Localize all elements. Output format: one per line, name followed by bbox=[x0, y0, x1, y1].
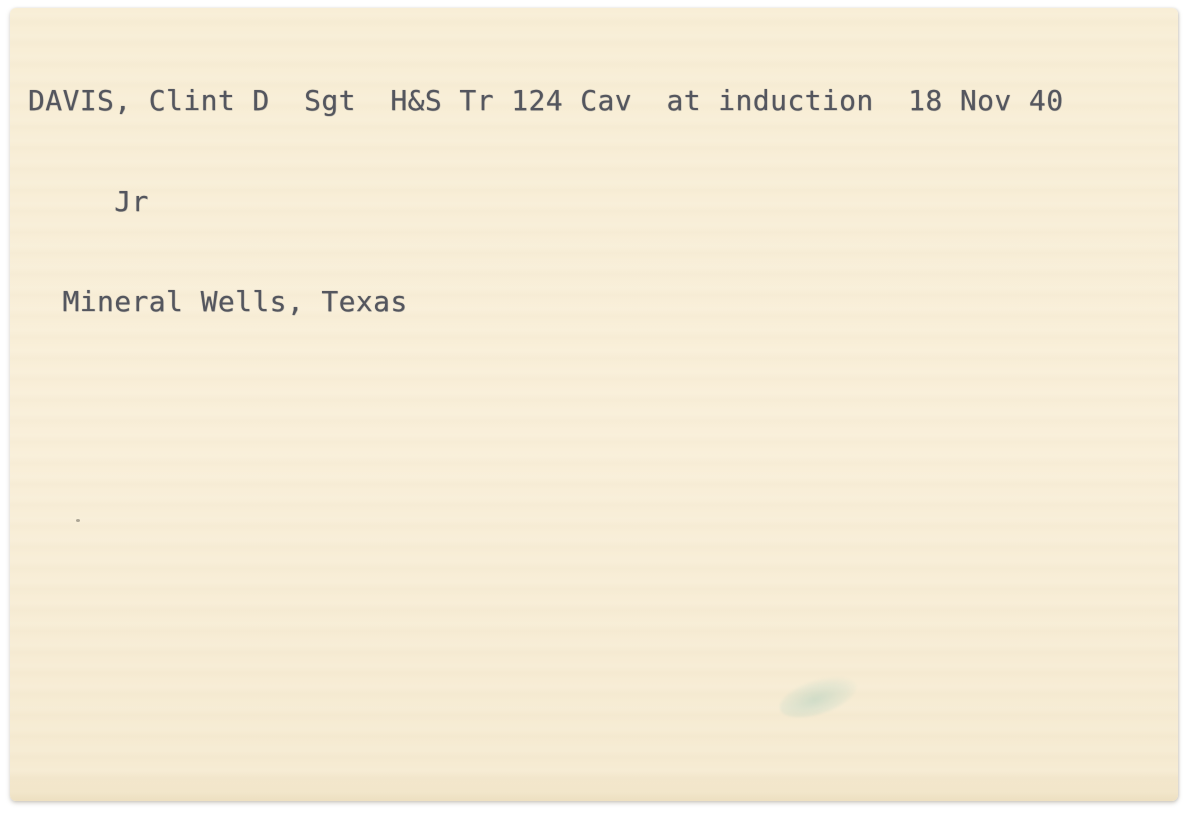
scan-background: DAVIS, Clint D Sgt H&S Tr 124 Cav at ind… bbox=[0, 0, 1201, 818]
card-line-suffix: Jr bbox=[28, 185, 1063, 219]
ink-smudge bbox=[775, 668, 862, 725]
paper-speck bbox=[76, 519, 80, 522]
card-line-name-unit-date: DAVIS, Clint D Sgt H&S Tr 124 Cav at ind… bbox=[28, 84, 1063, 118]
card-line-location: Mineral Wells, Texas bbox=[28, 285, 1063, 319]
typed-text-block: DAVIS, Clint D Sgt H&S Tr 124 Cav at ind… bbox=[28, 17, 1063, 386]
index-card: DAVIS, Clint D Sgt H&S Tr 124 Cav at ind… bbox=[10, 8, 1178, 801]
